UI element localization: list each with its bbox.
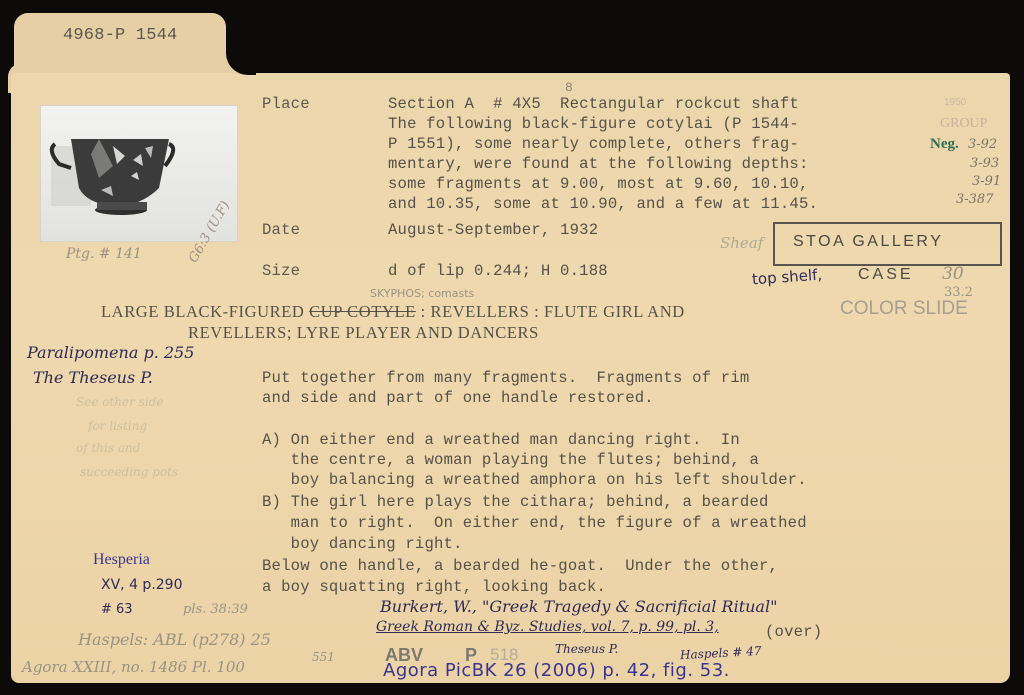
- theseus-note: The Theseus P.: [33, 368, 153, 387]
- skyphos-annotation: SKYPHOS; comasts: [370, 287, 474, 300]
- title-line-2: REVELLERS; LYRE PLAYER AND DANCERS: [188, 323, 539, 343]
- place-label: Place: [262, 94, 310, 114]
- struck-cup-cotyle: CUP COTYLE: [309, 302, 416, 321]
- condition-text: Put together from many fragments. Fragme…: [262, 368, 749, 408]
- theseus-p-note: Theseus P.: [555, 642, 618, 656]
- place-text: Section A # 4X5 Rectangular rockcut shaf…: [388, 94, 818, 214]
- neg-number-1: 3-92: [968, 137, 997, 152]
- color-slide-stamp: COLOR SLIDE: [840, 298, 968, 320]
- neg-stamp: Neg.: [930, 136, 959, 153]
- hesperia-stamp: Hesperia: [93, 551, 150, 569]
- title-line-1: LARGE BLACK-FIGURED CUP COTYLE : REVELLE…: [101, 302, 685, 322]
- neg-number-2: 3-93: [970, 156, 999, 171]
- over-note: (over): [765, 622, 822, 642]
- tab-notch: [226, 13, 256, 75]
- neg-number-4: 3-387: [956, 192, 993, 207]
- date-value: August-September, 1932: [388, 220, 598, 240]
- haspels-sub: 551: [312, 650, 335, 664]
- neg-number-3: 3-91: [972, 174, 1001, 189]
- burkert-journal: Greek Roman & Byz. Studies, vol. 7, p. 9…: [376, 619, 719, 635]
- hesperia-volume: XV, 4 p.290: [101, 577, 182, 593]
- pencil-note-see-other-side: See other side for listing of this and s…: [70, 395, 168, 451]
- hesperia-number: # 63: [101, 602, 133, 617]
- case-number: 30: [942, 264, 964, 284]
- group-year-stamp: 1950: [944, 97, 966, 108]
- hesperia-plates: pls. 38:39: [183, 602, 248, 617]
- agora-xxiii-note: Agora XXIII, no. 1486 Pl. 100: [22, 658, 245, 676]
- size-value: d of lip 0.244; H 0.188: [388, 261, 608, 281]
- size-label: Size: [262, 261, 300, 281]
- sheaf-note: Sheaf: [720, 234, 763, 252]
- date-label: Date: [262, 220, 300, 240]
- side-b-text: B) The girl here plays the cithara; behi…: [262, 492, 807, 555]
- paralipomena-note: Paralipomena p. 255: [27, 343, 194, 362]
- haspels-note: Haspels: ABL (p278) 25: [78, 630, 271, 649]
- agora-picbk-note: Agora PicBK 26 (2006) p. 42, fig. 53.: [383, 660, 730, 681]
- side-a-text: A) On either end a wreathed man dancing …: [262, 430, 807, 490]
- case-stamp: CASE: [858, 266, 914, 284]
- stoa-gallery-stamp: STOA GALLERY: [793, 233, 943, 251]
- catalog-number: 4968-P 1544: [63, 26, 177, 46]
- group-stamp: GROUP: [940, 116, 987, 132]
- ptg-note: Ptg. # 141: [66, 246, 142, 262]
- handles-text: Below one handle, a bearded he-goat. Und…: [262, 556, 778, 598]
- burkert-citation: Burkert, W., "Greek Tragedy & Sacrificia…: [380, 597, 777, 616]
